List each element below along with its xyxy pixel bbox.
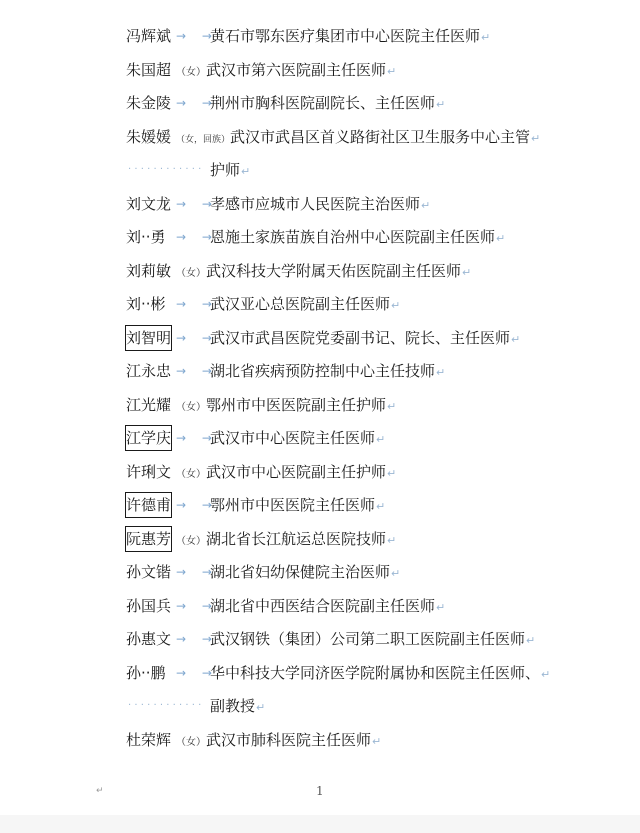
person-name: 阮惠芳	[126, 527, 171, 551]
description-text: 湖北省中西医结合医院副主任医师	[210, 597, 435, 615]
entry-tail: （女，回族）武汉市武昌区首义路街社区卫生服务中心主管↵	[173, 123, 540, 154]
gender-ethnicity-tag: （女）	[176, 737, 206, 748]
description-text: 武汉市中心医院副主任护师	[206, 463, 386, 481]
list-item: 孙文锴→ →湖北省妇幼保健院主治医师↵	[126, 558, 626, 592]
description-text: 孝感市应城市人民医院主治医师	[210, 195, 420, 213]
paragraph-mark-icon: ↵	[387, 400, 396, 413]
description-text: 武汉钢铁（集团）公司第二职工医院副主任医师	[210, 630, 525, 648]
person-name: 许琍文	[126, 458, 171, 486]
list-item: 江光耀（女）鄂州市中医医院副主任护师↵	[126, 391, 626, 425]
entry-description: 武汉钢铁（集团）公司第二职工医院副主任医师↵	[210, 625, 535, 655]
person-name: 孙惠文	[126, 625, 171, 653]
person-name: 孙··鹏	[126, 659, 166, 687]
paragraph-mark-icon: ↵	[391, 299, 400, 312]
description-text: 武汉市武昌区首义路街社区卫生服务中心主管	[230, 128, 530, 146]
paragraph-mark-icon: ↵	[511, 333, 520, 346]
list-item: 许琍文（女）武汉市中心医院副主任护师↵	[126, 458, 626, 492]
paragraph-mark-icon: ↵	[496, 232, 505, 245]
paragraph-mark-icon: ↵	[436, 98, 445, 111]
gender-ethnicity-tag: （女）	[176, 469, 206, 480]
entry-description: 黄石市鄂东医疗集团市中心医院主任医师↵	[210, 22, 490, 52]
entry-description: 武汉市武昌医院党委副书记、院长、主任医师↵	[210, 324, 520, 354]
paragraph-mark-icon: ↵	[256, 701, 265, 714]
list-item: 许德甫→ →鄂州市中医医院主任医师↵	[126, 491, 626, 525]
gender-ethnicity-tag: （女）	[176, 536, 206, 547]
list-item: 朱国超（女）武汉市第六医院副主任医师↵	[126, 56, 626, 90]
leader-dots: ············	[128, 692, 205, 720]
entry-description: 湖北省中西医结合医院副主任医师↵	[210, 592, 445, 622]
paragraph-mark-icon: ↵	[541, 668, 550, 681]
paragraph-mark-icon: ↵	[387, 467, 396, 480]
description-text: 副教授	[210, 697, 255, 715]
entry-tail: （女）鄂州市中医医院副主任护师↵	[173, 391, 396, 422]
person-name: 孙国兵	[126, 592, 171, 620]
list-item: 刘莉敏（女）武汉科技大学附属天佑医院副主任医师↵	[126, 257, 626, 291]
description-text: 武汉亚心总医院副主任医师	[210, 295, 390, 313]
footer-paragraph-mark: ↵	[96, 786, 104, 796]
list-item: 刘文龙→ →孝感市应城市人民医院主治医师↵	[126, 190, 626, 224]
list-item: 冯辉斌→ →黄石市鄂东医疗集团市中心医院主任医师↵	[126, 22, 626, 56]
list-item: 朱媛媛（女，回族）武汉市武昌区首义路街社区卫生服务中心主管↵	[126, 123, 626, 157]
description-text: 黄石市鄂东医疗集团市中心医院主任医师	[210, 27, 480, 45]
list-item: 孙··鹏→ →华中科技大学同济医学院附属协和医院主任医师、↵	[126, 659, 626, 693]
entry-description: 鄂州市中医医院主任医师↵	[210, 491, 385, 521]
paragraph-mark-icon: ↵	[436, 601, 445, 614]
entry-tail: （女）武汉市第六医院副主任医师↵	[173, 56, 396, 87]
paragraph-mark-icon: ↵	[372, 735, 381, 748]
description-text: 华中科技大学同济医学院附属协和医院主任医师、	[210, 664, 540, 682]
entry-tail: （女）武汉市中心医院副主任护师↵	[173, 458, 396, 489]
paragraph-mark-icon: ↵	[391, 567, 400, 580]
list-item: 孙惠文→ →武汉钢铁（集团）公司第二职工医院副主任医师↵	[126, 625, 626, 659]
person-name: 江永忠	[126, 357, 171, 385]
entry-description: 武汉亚心总医院副主任医师↵	[210, 290, 400, 320]
entry-tail: （女）武汉科技大学附属天佑医院副主任医师↵	[173, 257, 471, 288]
list-item: 阮惠芳（女）湖北省长江航运总医院技师↵	[126, 525, 626, 559]
person-name: 刘··勇	[126, 223, 166, 251]
list-item: 江学庆→ →武汉市中心医院主任医师↵	[126, 424, 626, 458]
description-text: 湖北省长江航运总医院技师	[206, 530, 386, 548]
description-text: 荆州市胸科医院副院长、主任医师	[210, 94, 435, 112]
person-name: 杜荣辉	[126, 726, 171, 754]
person-name: 冯辉斌	[126, 22, 171, 50]
gender-ethnicity-tag: （女）	[176, 67, 206, 78]
paragraph-mark-icon: ↵	[376, 500, 385, 513]
entry-description: 恩施土家族苗族自治州中心医院副主任医师↵	[210, 223, 505, 253]
person-name: 朱国超	[126, 56, 171, 84]
paragraph-mark-icon: ↵	[421, 199, 430, 212]
gender-ethnicity-tag: （女）	[176, 268, 206, 279]
description-text: 武汉科技大学附属天佑医院副主任医师	[206, 262, 461, 280]
list-item: 刘智明→ →武汉市武昌医院党委副书记、院长、主任医师↵	[126, 324, 626, 358]
description-text: 鄂州市中医医院主任医师	[210, 496, 375, 514]
entry-description: 湖北省妇幼保健院主治医师↵	[210, 558, 400, 588]
person-name: 朱媛媛	[126, 123, 171, 151]
description-text: 武汉市武昌医院党委副书记、院长、主任医师	[210, 329, 510, 347]
paragraph-mark-icon: ↵	[481, 31, 490, 44]
description-text: 武汉市中心医院主任医师	[210, 429, 375, 447]
entry-description: 武汉市中心医院主任医师↵	[210, 424, 385, 454]
entry-description: 副教授↵	[210, 692, 265, 722]
description-text: 湖北省妇幼保健院主治医师	[210, 563, 390, 581]
gender-ethnicity-tag: （女）	[176, 402, 206, 413]
entry-description: 华中科技大学同济医学院附属协和医院主任医师、↵	[210, 659, 550, 689]
list-item-continuation: ············副教授↵	[126, 692, 626, 726]
person-name: 江学庆	[126, 426, 171, 450]
paragraph-mark-icon: ↵	[376, 433, 385, 446]
list-item: 刘··勇→ →恩施土家族苗族自治州中心医院副主任医师↵	[126, 223, 626, 257]
paragraph-mark-icon: ↵	[436, 366, 445, 379]
list-item: 孙国兵→ →湖北省中西医结合医院副主任医师↵	[126, 592, 626, 626]
paragraph-mark-icon: ↵	[462, 266, 471, 279]
paragraph-mark-icon: ↵	[531, 132, 540, 145]
description-text: 湖北省疾病预防控制中心主任技师	[210, 362, 435, 380]
description-text: 恩施土家族苗族自治州中心医院副主任医师	[210, 228, 495, 246]
page-bottom-edge	[0, 815, 640, 833]
person-name: 朱金陵	[126, 89, 171, 117]
description-text: 武汉市第六医院副主任医师	[206, 61, 386, 79]
list-item: 江永忠→ →湖北省疾病预防控制中心主任技师↵	[126, 357, 626, 391]
entry-description: 湖北省疾病预防控制中心主任技师↵	[210, 357, 445, 387]
list-item: 朱金陵→ →荆州市胸科医院副院长、主任医师↵	[126, 89, 626, 123]
entry-description: 孝感市应城市人民医院主治医师↵	[210, 190, 430, 220]
description-text: 鄂州市中医医院副主任护师	[206, 396, 386, 414]
person-name: 孙文锴	[126, 558, 171, 586]
document-page: 冯辉斌→ →黄石市鄂东医疗集团市中心医院主任医师↵朱国超（女）武汉市第六医院副主…	[0, 0, 640, 833]
entry-description: 护师↵	[210, 156, 250, 186]
person-name: 刘莉敏	[126, 257, 171, 285]
entry-description: 荆州市胸科医院副院长、主任医师↵	[210, 89, 445, 119]
list-item: 刘··彬→ →武汉亚心总医院副主任医师↵	[126, 290, 626, 324]
page-number: 1	[316, 784, 324, 798]
list-item-continuation: ············护师↵	[126, 156, 626, 190]
person-name: 江光耀	[126, 391, 171, 419]
paragraph-mark-icon: ↵	[387, 65, 396, 78]
name-list: 冯辉斌→ →黄石市鄂东医疗集团市中心医院主任医师↵朱国超（女）武汉市第六医院副主…	[126, 22, 626, 759]
entry-tail: （女）湖北省长江航运总医院技师↵	[173, 525, 396, 556]
paragraph-mark-icon: ↵	[387, 534, 396, 547]
paragraph-mark-icon: ↵	[526, 634, 535, 647]
leader-dots: ············	[128, 156, 205, 184]
gender-ethnicity-tag: （女，回族）	[176, 135, 230, 145]
entry-tail: （女）武汉市肺科医院主任医师↵	[173, 726, 381, 757]
paragraph-mark-icon: ↵	[241, 165, 250, 178]
person-name: 刘··彬	[126, 290, 166, 318]
person-name: 刘智明	[126, 326, 171, 350]
list-item: 杜荣辉（女）武汉市肺科医院主任医师↵	[126, 726, 626, 760]
person-name: 刘文龙	[126, 190, 171, 218]
description-text: 武汉市肺科医院主任医师	[206, 731, 371, 749]
person-name: 许德甫	[126, 493, 171, 517]
description-text: 护师	[210, 161, 240, 179]
